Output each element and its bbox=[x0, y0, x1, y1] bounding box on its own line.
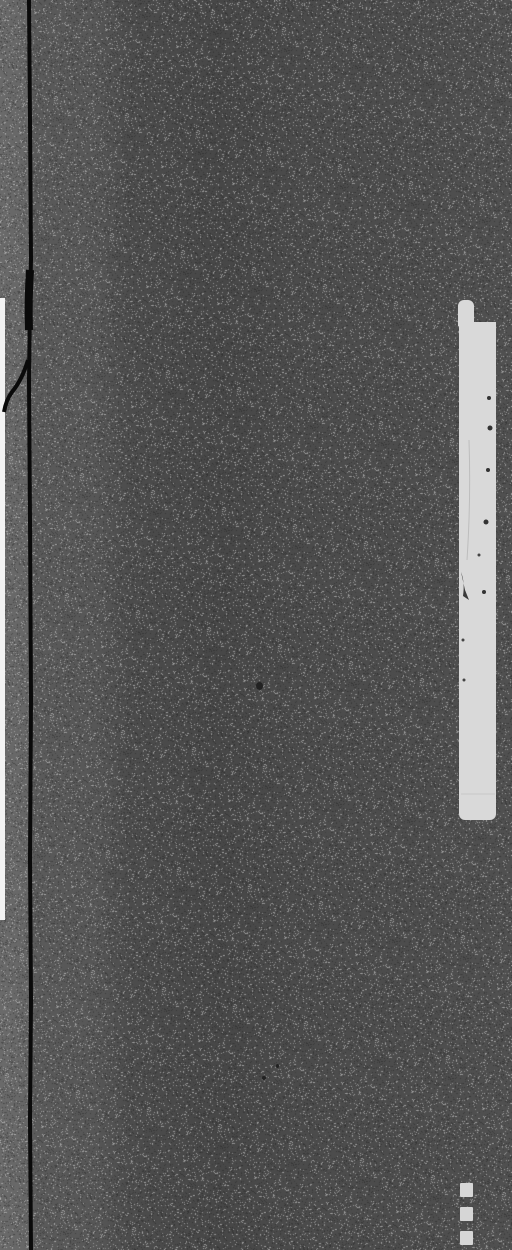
pavement-stain bbox=[262, 1076, 266, 1080]
raised-marker bbox=[460, 1231, 473, 1245]
left-edge-line bbox=[0, 298, 5, 920]
raised-marker bbox=[460, 1207, 473, 1221]
raised-marker bbox=[460, 1183, 473, 1197]
asphalt-surface bbox=[0, 0, 512, 1250]
pavement-stain bbox=[256, 682, 263, 690]
pavement-stain bbox=[276, 1064, 279, 1068]
pavement-crack bbox=[0, 0, 60, 1250]
asphalt-texture bbox=[0, 0, 512, 1250]
lane-dash bbox=[459, 322, 496, 820]
